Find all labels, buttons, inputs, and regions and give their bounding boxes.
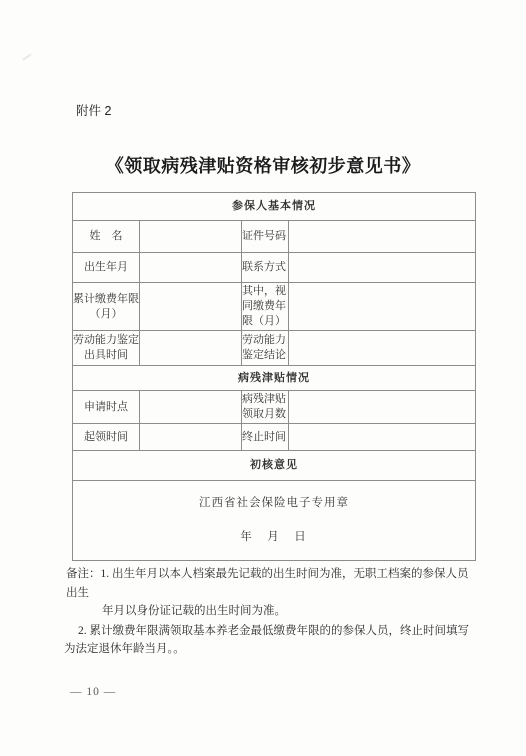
table-row: 累计缴费年限 （月） 其中，视 同缴费年 限（月） xyxy=(73,283,476,331)
value-cell-birth-date xyxy=(140,253,242,283)
page-title: 《领取病残津贴资格审核初步意见书》 xyxy=(0,152,526,178)
date-placeholder: 年 月 日 xyxy=(73,530,475,545)
label-deemed-contribution-months: 其中，视 同缴费年 限（月） xyxy=(242,283,289,331)
document-page: 附件 2 《领取病残津贴资格审核初步意见书》 参保人基本情况 姓 名 证件号码 … xyxy=(0,0,526,756)
table-row: 初核意见 xyxy=(73,451,476,481)
table-row: 申请时点 病残津贴 领取月数 xyxy=(73,391,476,424)
value-cell-termination-time xyxy=(289,424,476,451)
value-cell-labor-capacity-appraisal-conclusion xyxy=(289,331,476,366)
value-cell-start-receiving-time xyxy=(140,424,242,451)
label-labor-capacity-appraisal-issue-time: 劳动能力鉴定 出具时间 xyxy=(73,331,140,366)
label-start-receiving-time: 起领时间 xyxy=(73,424,140,451)
label-id-number: 证件号码 xyxy=(242,221,289,253)
table-row: 姓 名 证件号码 xyxy=(73,221,476,253)
value-cell-deemed-contribution-months xyxy=(289,283,476,331)
remark-line-2: 年月以身份证记载的出生时间为准。 xyxy=(102,602,476,621)
label-labor-capacity-appraisal-conclusion: 劳动能力 鉴定结论 xyxy=(242,331,289,366)
preliminary-opinion-seal-cell: 江西省社会保险电子专用章 年 月 日 xyxy=(73,481,476,561)
value-cell-contact-method xyxy=(289,253,476,283)
value-cell-cumulative-contribution-months xyxy=(140,283,242,331)
section-header-insured-basic-info: 参保人基本情况 xyxy=(73,193,476,221)
value-cell-application-time xyxy=(140,391,242,424)
value-cell-subsidy-receiving-months xyxy=(289,391,476,424)
label-name: 姓 名 xyxy=(73,221,140,253)
attachment-label: 附件 2 xyxy=(76,101,111,119)
table-row: 劳动能力鉴定 出具时间 劳动能力 鉴定结论 xyxy=(73,331,476,366)
section-header-disability-subsidy: 病残津贴情况 xyxy=(73,366,476,391)
table-row: 起领时间 终止时间 xyxy=(73,424,476,451)
section-header-preliminary-opinion: 初核意见 xyxy=(73,451,476,481)
page-number: — 10 — xyxy=(70,686,116,698)
table-row: 参保人基本情况 xyxy=(73,193,476,221)
label-termination-time: 终止时间 xyxy=(242,424,289,451)
scan-artifact xyxy=(22,53,31,60)
value-cell-name xyxy=(140,221,242,253)
electronic-seal-text: 江西省社会保险电子专用章 xyxy=(73,496,475,511)
label-birth-date: 出生年月 xyxy=(73,253,140,283)
table-row: 江西省社会保险电子专用章 年 月 日 xyxy=(73,481,476,561)
value-cell-labor-capacity-appraisal-issue-time xyxy=(140,331,242,366)
label-subsidy-receiving-months: 病残津贴 领取月数 xyxy=(242,391,289,424)
remark-line-1: 备注：1. 出生年月以本人档案最先记载的出生时间为准，无职工档案的参保人员出生 xyxy=(66,565,476,602)
remark-line-3: 2. 累计缴费年限满领取基本养老金最低缴费年限的的参保人员，终止时间填写 xyxy=(78,622,476,641)
label-cumulative-contribution-months: 累计缴费年限 （月） xyxy=(73,283,140,331)
label-contact-method: 联系方式 xyxy=(242,253,289,283)
form-table: 参保人基本情况 姓 名 证件号码 出生年月 联系方式 累计缴费年限 （月） 其中… xyxy=(72,192,476,561)
remark-line-4: 为法定退休年龄当月。。 xyxy=(64,640,476,659)
value-cell-id-number xyxy=(289,221,476,253)
table-row: 出生年月 联系方式 xyxy=(73,253,476,283)
table-row: 病残津贴情况 xyxy=(73,366,476,391)
remarks: 备注：1. 出生年月以本人档案最先记载的出生时间为准，无职工档案的参保人员出生 … xyxy=(64,565,476,659)
label-application-time: 申请时点 xyxy=(73,391,140,424)
